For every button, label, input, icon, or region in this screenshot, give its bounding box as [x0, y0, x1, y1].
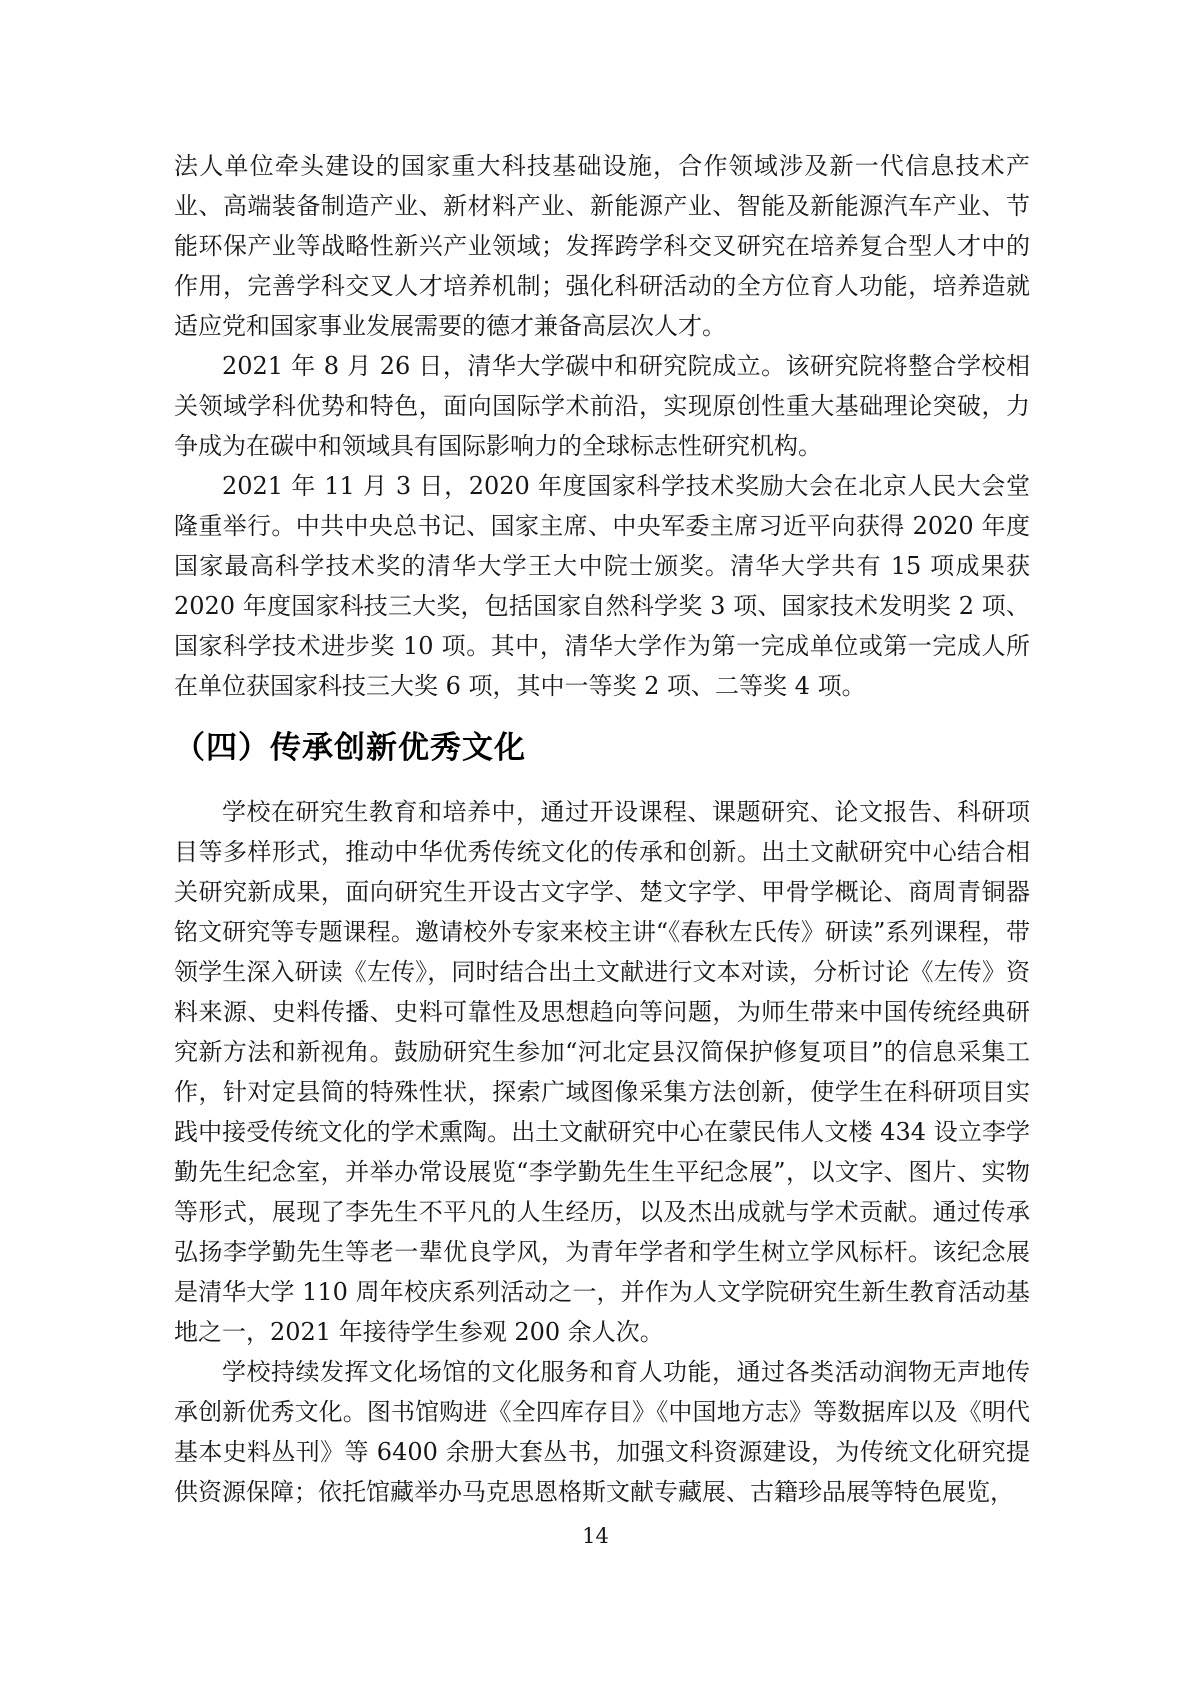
document-page: 法人单位牵头建设的国家重大科技基础设施，合作领域涉及新一代信息技术产业、高端装备… — [0, 0, 1191, 1684]
section-heading: （四）传承创新优秀文化 — [174, 726, 1030, 770]
page-body-text: 法人单位牵头建设的国家重大科技基础设施，合作领域涉及新一代信息技术产业、高端装备… — [174, 146, 1030, 1512]
body-paragraph-library-culture: 学校持续发挥文化场馆的文化服务和育人功能，通过各类活动润物无声地传承创新优秀文化… — [174, 1352, 1030, 1512]
body-paragraph-science-awards: 2021 年 11 月 3 日，2020 年度国家科学技术奖励大会在北京人民大会… — [174, 466, 1030, 706]
body-paragraph-carbon-institute: 2021 年 8 月 26 日，清华大学碳中和研究院成立。该研究院将整合学校相关… — [174, 346, 1030, 466]
page-number: 14 — [0, 1522, 1191, 1550]
body-paragraph-continuation: 法人单位牵头建设的国家重大科技基础设施，合作领域涉及新一代信息技术产业、高端装备… — [174, 146, 1030, 346]
body-paragraph-culture-inheritance: 学校在研究生教育和培养中，通过开设课程、课题研究、论文报告、科研项目等多样形式，… — [174, 792, 1030, 1352]
